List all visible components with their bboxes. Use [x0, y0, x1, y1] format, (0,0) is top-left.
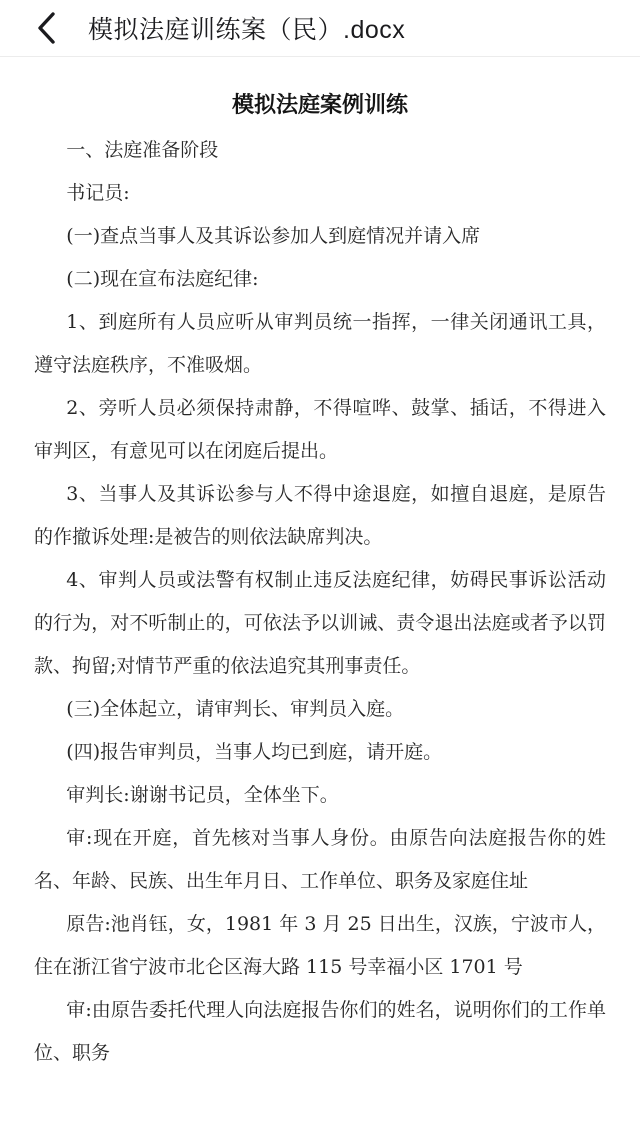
paragraph-plaintiff-info: 原告:池肖钰，女，1981 年 3 月 25 日出生，汉族，宁波市人，住在浙江省…	[34, 903, 606, 989]
paragraph-item-4: (四)报告审判员，当事人均已到庭，请开庭。	[34, 731, 606, 774]
file-title: 模拟法庭训练案（民）.docx	[88, 10, 405, 46]
paragraph-clerk-label: 书记员:	[34, 172, 606, 215]
paragraph-item-3: (三)全体起立，请审判长、审判员入庭。	[34, 688, 606, 731]
document-page[interactable]: 模拟法庭案例训练 一、法庭准备阶段 书记员: (一)查点当事人及其诉讼参加人到庭…	[0, 57, 640, 1075]
paragraph-item-2: (二)现在宣布法庭纪律:	[34, 258, 606, 301]
top-bar: 模拟法庭训练案（民）.docx	[0, 0, 640, 57]
document-title: 模拟法庭案例训练	[34, 85, 606, 125]
back-button[interactable]	[36, 10, 66, 46]
paragraph-rule-1: 1、到庭所有人员应听从审判员统一指挥，一律关闭通讯工具，遵守法庭秩序，不准吸烟。	[34, 301, 606, 387]
paragraph-judge-speech-2: 审:由原告委托代理人向法庭报告你们的姓名，说明你们的工作单位、职务	[34, 989, 606, 1075]
paragraph-presiding-judge: 审判长:谢谢书记员，全体坐下。	[34, 774, 606, 817]
paragraph-section-heading: 一、法庭准备阶段	[34, 129, 606, 172]
paragraph-rule-3: 3、当事人及其诉讼参与人不得中途退庭，如擅自退庭，是原告的作撤诉处理:是被告的则…	[34, 473, 606, 559]
paragraph-rule-2: 2、旁听人员必须保持肃静，不得喧哗、鼓掌、插话，不得进入审判区，有意见可以在闭庭…	[34, 387, 606, 473]
chevron-left-icon	[36, 11, 58, 45]
paragraph-item-1: (一)查点当事人及其诉讼参加人到庭情况并请入席	[34, 215, 606, 258]
paragraph-judge-speech: 审:现在开庭，首先核对当事人身份。由原告向法庭报告你的姓名、年龄、民族、出生年月…	[34, 817, 606, 903]
document-viewer: 模拟法庭训练案（民）.docx 模拟法庭案例训练 一、法庭准备阶段 书记员: (…	[0, 0, 640, 1122]
paragraph-rule-4: 4、审判人员或法警有权制止违反法庭纪律，妨碍民事诉讼活动的行为，对不听制止的，可…	[34, 559, 606, 688]
